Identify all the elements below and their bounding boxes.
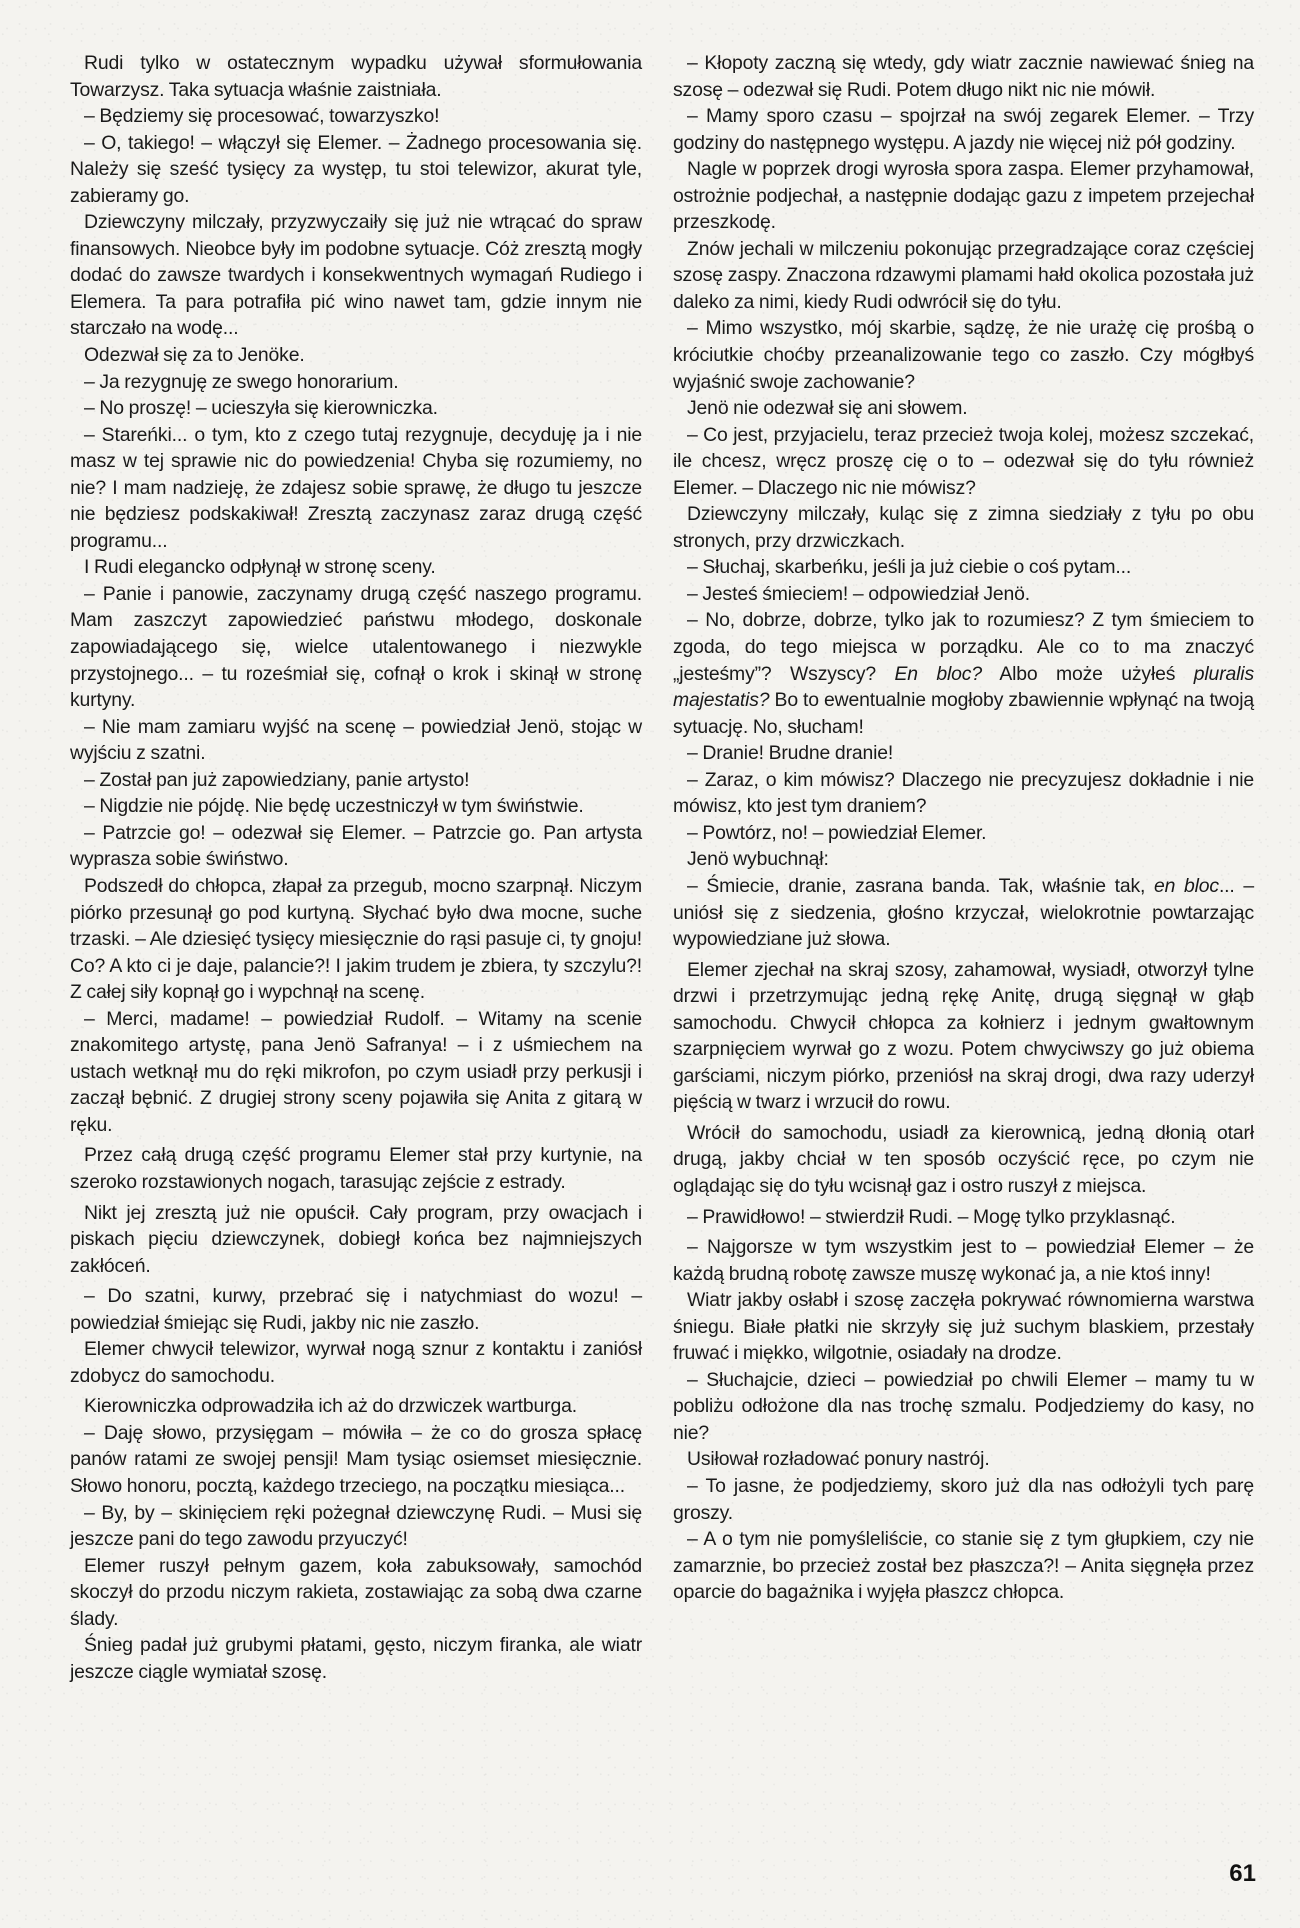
paragraph: – Prawidłowo! – stwierdził Rudi. – Mogę … xyxy=(673,1204,1254,1231)
paragraph: Elemer chwycił telewizor, wyrwał nogą sz… xyxy=(70,1336,642,1389)
paragraph: Podszedł do chłopca, złapał za przegub, … xyxy=(70,873,642,1006)
paragraph: Nikt jej zresztą już nie opuścił. Cały p… xyxy=(70,1200,642,1280)
paragraph: – Panie i panowie, zaczynamy drugą część… xyxy=(70,581,642,714)
right-text-column: – Kłopoty zaczną się wtedy, gdy wiatr za… xyxy=(673,50,1254,1606)
paragraph: Jenö nie odezwał się ani słowem. xyxy=(673,395,1254,422)
paragraph: – Kłopoty zaczną się wtedy, gdy wiatr za… xyxy=(673,50,1254,103)
paragraph: – Patrzcie go! – odezwał się Elemer. – P… xyxy=(70,820,642,873)
paragraph: – Słuchaj, skarbeńku, jeśli ja już ciebi… xyxy=(673,554,1254,581)
paragraph: – No proszę! – ucieszyła się kierowniczk… xyxy=(70,395,642,422)
paragraph: Odezwał się za to Jenöke. xyxy=(70,342,642,369)
left-text-column: Rudi tylko w ostatecznym wypadku używał … xyxy=(70,50,642,1685)
paragraph: – Został pan już zapowiedziany, panie ar… xyxy=(70,767,642,794)
paragraph: Rudi tylko w ostatecznym wypadku używał … xyxy=(70,50,642,103)
paragraph: Elemer ruszył pełnym gazem, koła zabukso… xyxy=(70,1553,642,1633)
paragraph: – Śmiecie, dranie, zasrana banda. Tak, w… xyxy=(673,873,1254,953)
paragraph: – Nigdzie nie pójdę. Nie będę uczestnicz… xyxy=(70,793,642,820)
paragraph: – Słuchajcie, dzieci – powiedział po chw… xyxy=(673,1367,1254,1447)
paragraph: Znów jechali w milczeniu pokonując przeg… xyxy=(673,236,1254,316)
paragraph: – Mimo wszystko, mój skarbie, sądzę, że … xyxy=(673,315,1254,395)
paragraph: – Mamy sporo czasu – spojrzał na swój ze… xyxy=(673,103,1254,156)
paragraph: – Daję słowo, przysięgam – mówiła – że c… xyxy=(70,1420,642,1500)
paragraph: – O, takiego! – włączył się Elemer. – Ża… xyxy=(70,130,642,210)
paragraph: Dziewczyny milczały, przyzwyczaiły się j… xyxy=(70,209,642,342)
paragraph: Elemer zjechał na skraj szosy, zahamował… xyxy=(673,957,1254,1116)
paragraph: – Powtórz, no! – powiedział Elemer. xyxy=(673,820,1254,847)
paragraph: – By, by – skinięciem ręki pożegnał dzie… xyxy=(70,1500,642,1553)
paragraph: – Zaraz, o kim mówisz? Dlaczego nie prec… xyxy=(673,767,1254,820)
paragraph: Usiłował rozładować ponury nastrój. xyxy=(673,1446,1254,1473)
paragraph: Dziewczyny milczały, kuląc się z zimna s… xyxy=(673,501,1254,554)
paragraph: Wiatr jakby osłabł i szosę zaczęła pokry… xyxy=(673,1287,1254,1367)
page-number: 61 xyxy=(1224,1862,1256,1886)
paragraph: – A o tym nie pomyśleliście, co stanie s… xyxy=(673,1526,1254,1606)
paragraph: – Co jest, przyjacielu, teraz przecież t… xyxy=(673,422,1254,502)
paragraph: – Najgorsze w tym wszystkim jest to – po… xyxy=(673,1234,1254,1287)
paragraph: Wrócił do samochodu, usiadł za kierownic… xyxy=(673,1120,1254,1200)
paragraph: I Rudi elegancko odpłynął w stronę sceny… xyxy=(70,554,642,581)
paragraph: – Do szatni, kurwy, przebrać się i natyc… xyxy=(70,1283,642,1336)
paragraph: Nagle w poprzek drogi wyrosła spora zasp… xyxy=(673,156,1254,236)
paragraph: Kierowniczka odprowadziła ich aż do drzw… xyxy=(70,1393,642,1420)
paragraph: – Ja rezygnuję ze swego honorarium. xyxy=(70,369,642,396)
paragraph: – Merci, madame! – powiedział Rudolf. – … xyxy=(70,1006,642,1139)
paragraph: Jenö wybuchnął: xyxy=(673,846,1254,873)
paragraph: – No, dobrze, dobrze, tylko jak to rozum… xyxy=(673,607,1254,740)
paragraph: – Stareńki... o tym, kto z czego tutaj r… xyxy=(70,422,642,555)
paragraph: – Będziemy się procesować, towarzyszko! xyxy=(70,103,642,130)
paragraph: – Dranie! Brudne dranie! xyxy=(673,740,1254,767)
paragraph: – Nie mam zamiaru wyjść na scenę – powie… xyxy=(70,714,642,767)
paragraph: – To jasne, że podjedziemy, skoro już dl… xyxy=(673,1473,1254,1526)
paragraph: Śnieg padał już grubymi płatami, gęsto, … xyxy=(70,1632,642,1685)
paragraph: – Jesteś śmieciem! – odpowiedział Jenö. xyxy=(673,581,1254,608)
paragraph: Przez całą drugą część programu Elemer s… xyxy=(70,1142,642,1195)
